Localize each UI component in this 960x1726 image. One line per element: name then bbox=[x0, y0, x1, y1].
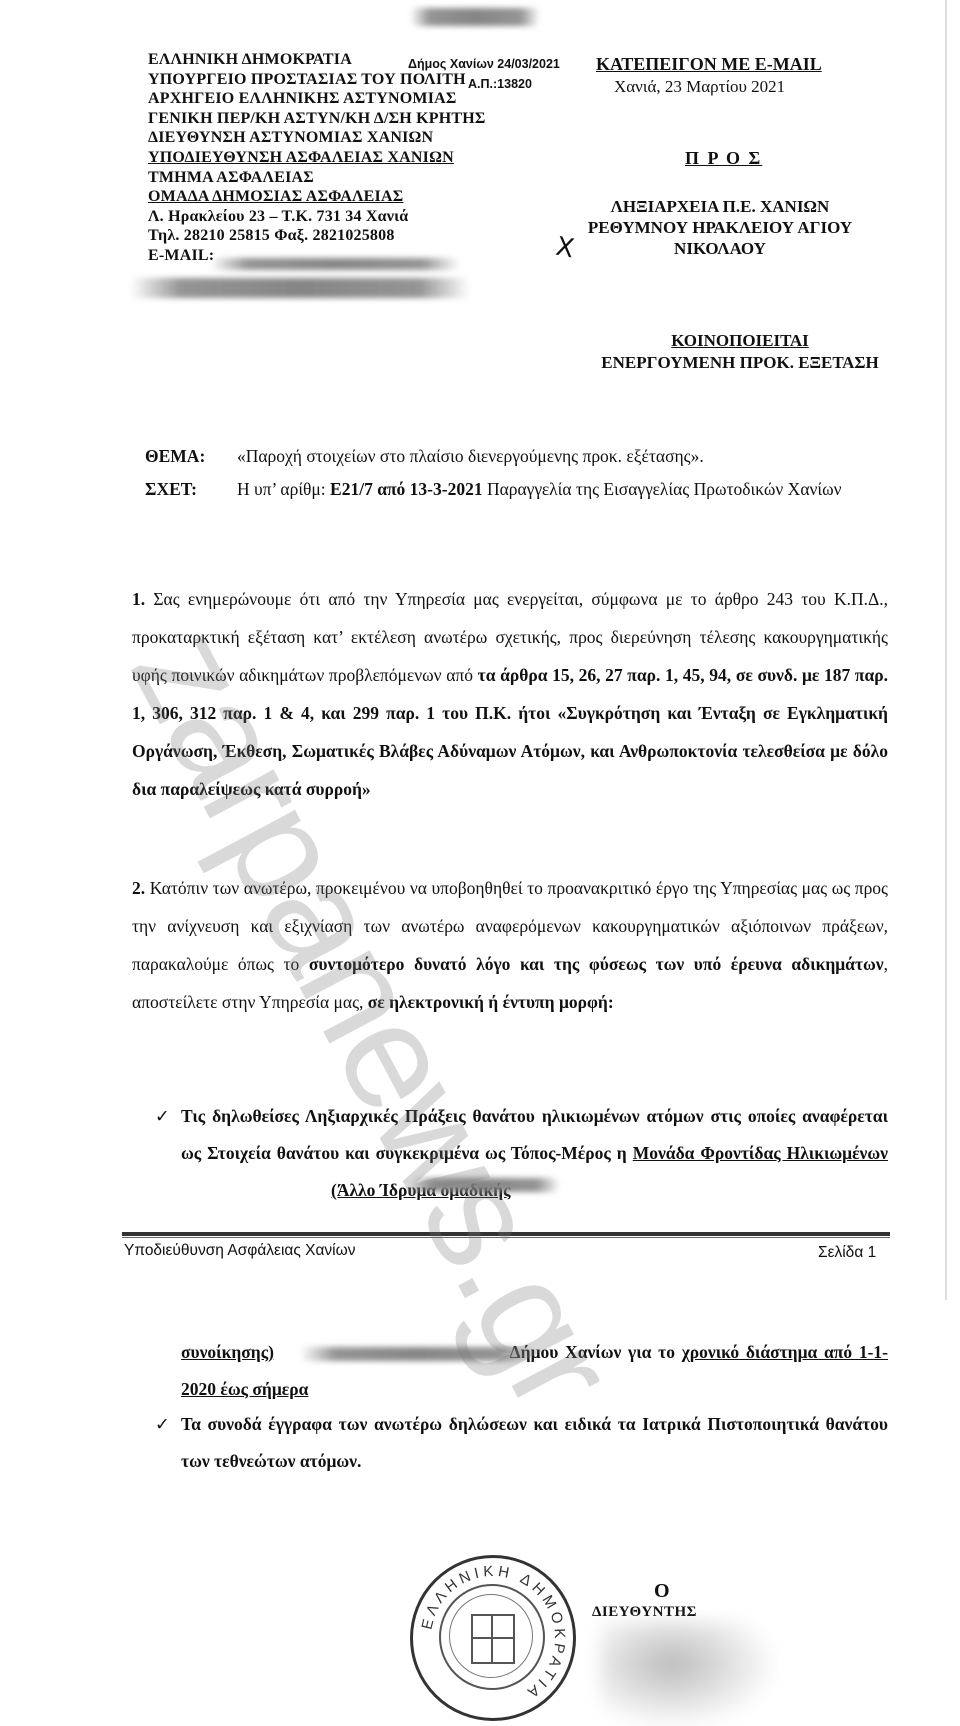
footer-department: Υποδιεύθυνση Ασφάλειας Χανίων bbox=[124, 1242, 355, 1260]
handwritten-x-mark: X bbox=[554, 232, 577, 265]
agency-line: ΟΜΑΔΑ ΔΗΜΟΣΙΑΣ ΑΣΦΑΛΕΙΑΣ bbox=[148, 187, 486, 207]
agency-line: ΥΠΟΔΙΕΥΘΥΝΣΗ ΑΣΦΑΛΕΙΑΣ ΧΑΝΙΩΝ bbox=[148, 148, 486, 168]
redacted-signature bbox=[600, 1620, 780, 1726]
agency-line: ΤΜΗΜΑ ΑΣΦΑΛΕΙΑΣ bbox=[148, 168, 486, 188]
recipient-line: ΝΙΚΟΛΑΟΥ bbox=[540, 238, 900, 259]
redacted-email bbox=[210, 258, 460, 270]
agency-line: ΓΕΝΙΚΗ ΠΕΡ/ΚΗ ΑΣΤΥΝ/ΚΗ Δ/ΣΗ ΚΡΗΤΗΣ bbox=[148, 109, 486, 129]
cc-label: ΚΟΙΝΟΠΟΙΕΙΤΑΙ bbox=[560, 330, 920, 351]
agency-header: ΕΛΛΗΝΙΚΗ ΔΗΜΟΚΡΑΤΙΑ ΥΠΟΥΡΓΕΙΟ ΠΡΟΣΤΑΣΙΑΣ… bbox=[148, 50, 486, 266]
registry-stamp-number: Α.Π.:13820 bbox=[468, 77, 532, 91]
ref-label: ΣΧΕΤ: bbox=[145, 473, 237, 506]
paragraph-number: 2. bbox=[132, 878, 145, 898]
to-label: Π Ρ Ο Σ bbox=[685, 148, 762, 169]
checkmark-icon: ✓ bbox=[155, 1406, 170, 1443]
theme-text: «Παροχή στοιχείων στο πλαίσιο διενεργούμ… bbox=[237, 446, 704, 466]
official-seal: ΕΛΛΗΝΙΚΗ ΔΗΜΟΚΡΑΤΙΑ bbox=[410, 1555, 576, 1721]
bullet-text: Τα συνοδά έγγραφα των ανωτέρω δηλώσεων κ… bbox=[181, 1406, 888, 1480]
signature-title: ΔΙΕΥΘΥΝΤΗΣ bbox=[592, 1604, 697, 1621]
recipient-line: ΡΕΘΥΜΝΟΥ ΗΡΑΚΛΕΙΟΥ ΑΓΙΟΥ bbox=[540, 217, 900, 238]
bullet-underlined: συνοίκησης) bbox=[181, 1342, 274, 1362]
ref-pre: Η υπ’ αρίθμ: bbox=[237, 479, 330, 499]
registry-stamp-date: Δήμος Χανίων 24/03/2021 bbox=[408, 57, 560, 71]
ref-post: Παραγγελία της Εισαγγελίας Πρωτοδικών Χα… bbox=[483, 479, 842, 499]
recipient-line: ΛΗΞΙΑΡΧΕΙΑ Π.Ε. ΧΑΝΙΩΝ bbox=[540, 196, 900, 217]
subject-block: ΘΕΜΑ:«Παροχή στοιχείων στο πλαίσιο διενε… bbox=[145, 440, 889, 506]
recipient-block: ΛΗΞΙΑΡΧΕΙΑ Π.Ε. ΧΑΝΙΩΝ ΡΕΘΥΜΝΟΥ ΗΡΑΚΛΕΙΟ… bbox=[540, 196, 900, 259]
place-date: Χανιά, 23 Μαρτίου 2021 bbox=[614, 77, 785, 97]
footer-page-number: Σελίδα 1 bbox=[818, 1244, 876, 1262]
bullet-underlined: Μονάδα Φροντίδας Ηλικιωμένων bbox=[633, 1143, 888, 1163]
address-line: Λ. Ηρακλείου 23 – Τ.Κ. 731 34 Χανιά bbox=[148, 207, 486, 227]
cc-line: ΕΝΕΡΓΟΥΜΕΝΗ ΠΡΟΚ. ΕΞΕΤΑΣΗ bbox=[540, 352, 940, 373]
signature-article: Ο bbox=[654, 1580, 670, 1603]
page-edge-line bbox=[945, 0, 947, 1300]
redacted-line bbox=[130, 278, 470, 298]
ref-text: Η υπ’ αρίθμ: Ε21/7 από 13-3-2021 Παραγγε… bbox=[237, 473, 842, 506]
coat-of-arms-icon bbox=[471, 1614, 515, 1664]
checkmark-icon: ✓ bbox=[155, 1098, 170, 1135]
phone-line: Τηλ. 28210 25815 Φαξ. 2821025808 bbox=[148, 226, 486, 246]
ref-number: Ε21/7 από 13-3-2021 bbox=[330, 479, 483, 499]
urgent-label: ΚΑΤΕΠΕΙΓΟΝ ΜΕ E-MAIL bbox=[596, 54, 822, 75]
agency-line: ΥΠΟΥΡΓΕΙΟ ΠΡΟΣΤΑΣΙΑΣ ΤΟΥ ΠΟΛΙΤΗ bbox=[148, 70, 486, 90]
theme-label: ΘΕΜΑ: bbox=[145, 440, 237, 473]
redacted-top bbox=[410, 8, 540, 26]
paragraph-number: 1. bbox=[132, 589, 145, 609]
agency-line: ΔΙΕΥΘΥΝΣΗ ΑΣΤΥΝΟΜΙΑΣ ΧΑΝΙΩΝ bbox=[148, 128, 486, 148]
agency-line: ΑΡΧΗΓΕΙΟ ΕΛΛΗΝΙΚΗΣ ΑΣΤΥΝΟΜΙΑΣ bbox=[148, 89, 486, 109]
